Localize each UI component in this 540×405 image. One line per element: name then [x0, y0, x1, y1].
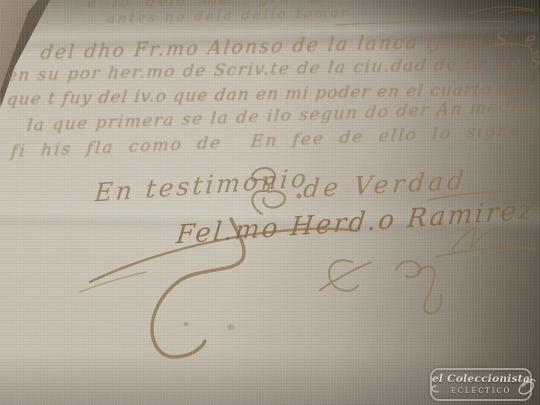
stamp-curl-right-icon	[519, 380, 535, 394]
rubric-curl-right-icon	[396, 261, 442, 313]
paper-stain-icon	[184, 322, 189, 327]
stamp-curl-left-icon	[432, 386, 438, 392]
signature-dart-flourish-icon	[80, 272, 146, 292]
collector-watermark-stamp: el Coleccionista ecléctico	[430, 368, 532, 401]
manuscript-photo: e lo dela me gra del Consejo Correa Firm…	[0, 0, 540, 405]
stamp-flourish-icon	[426, 367, 536, 403]
testimony-phrase-right: de Verdad	[302, 165, 469, 203]
rubric-curl-left-icon	[320, 260, 371, 291]
paper-stain-icon	[227, 324, 235, 330]
signature-underline-swash-icon	[436, 248, 536, 257]
